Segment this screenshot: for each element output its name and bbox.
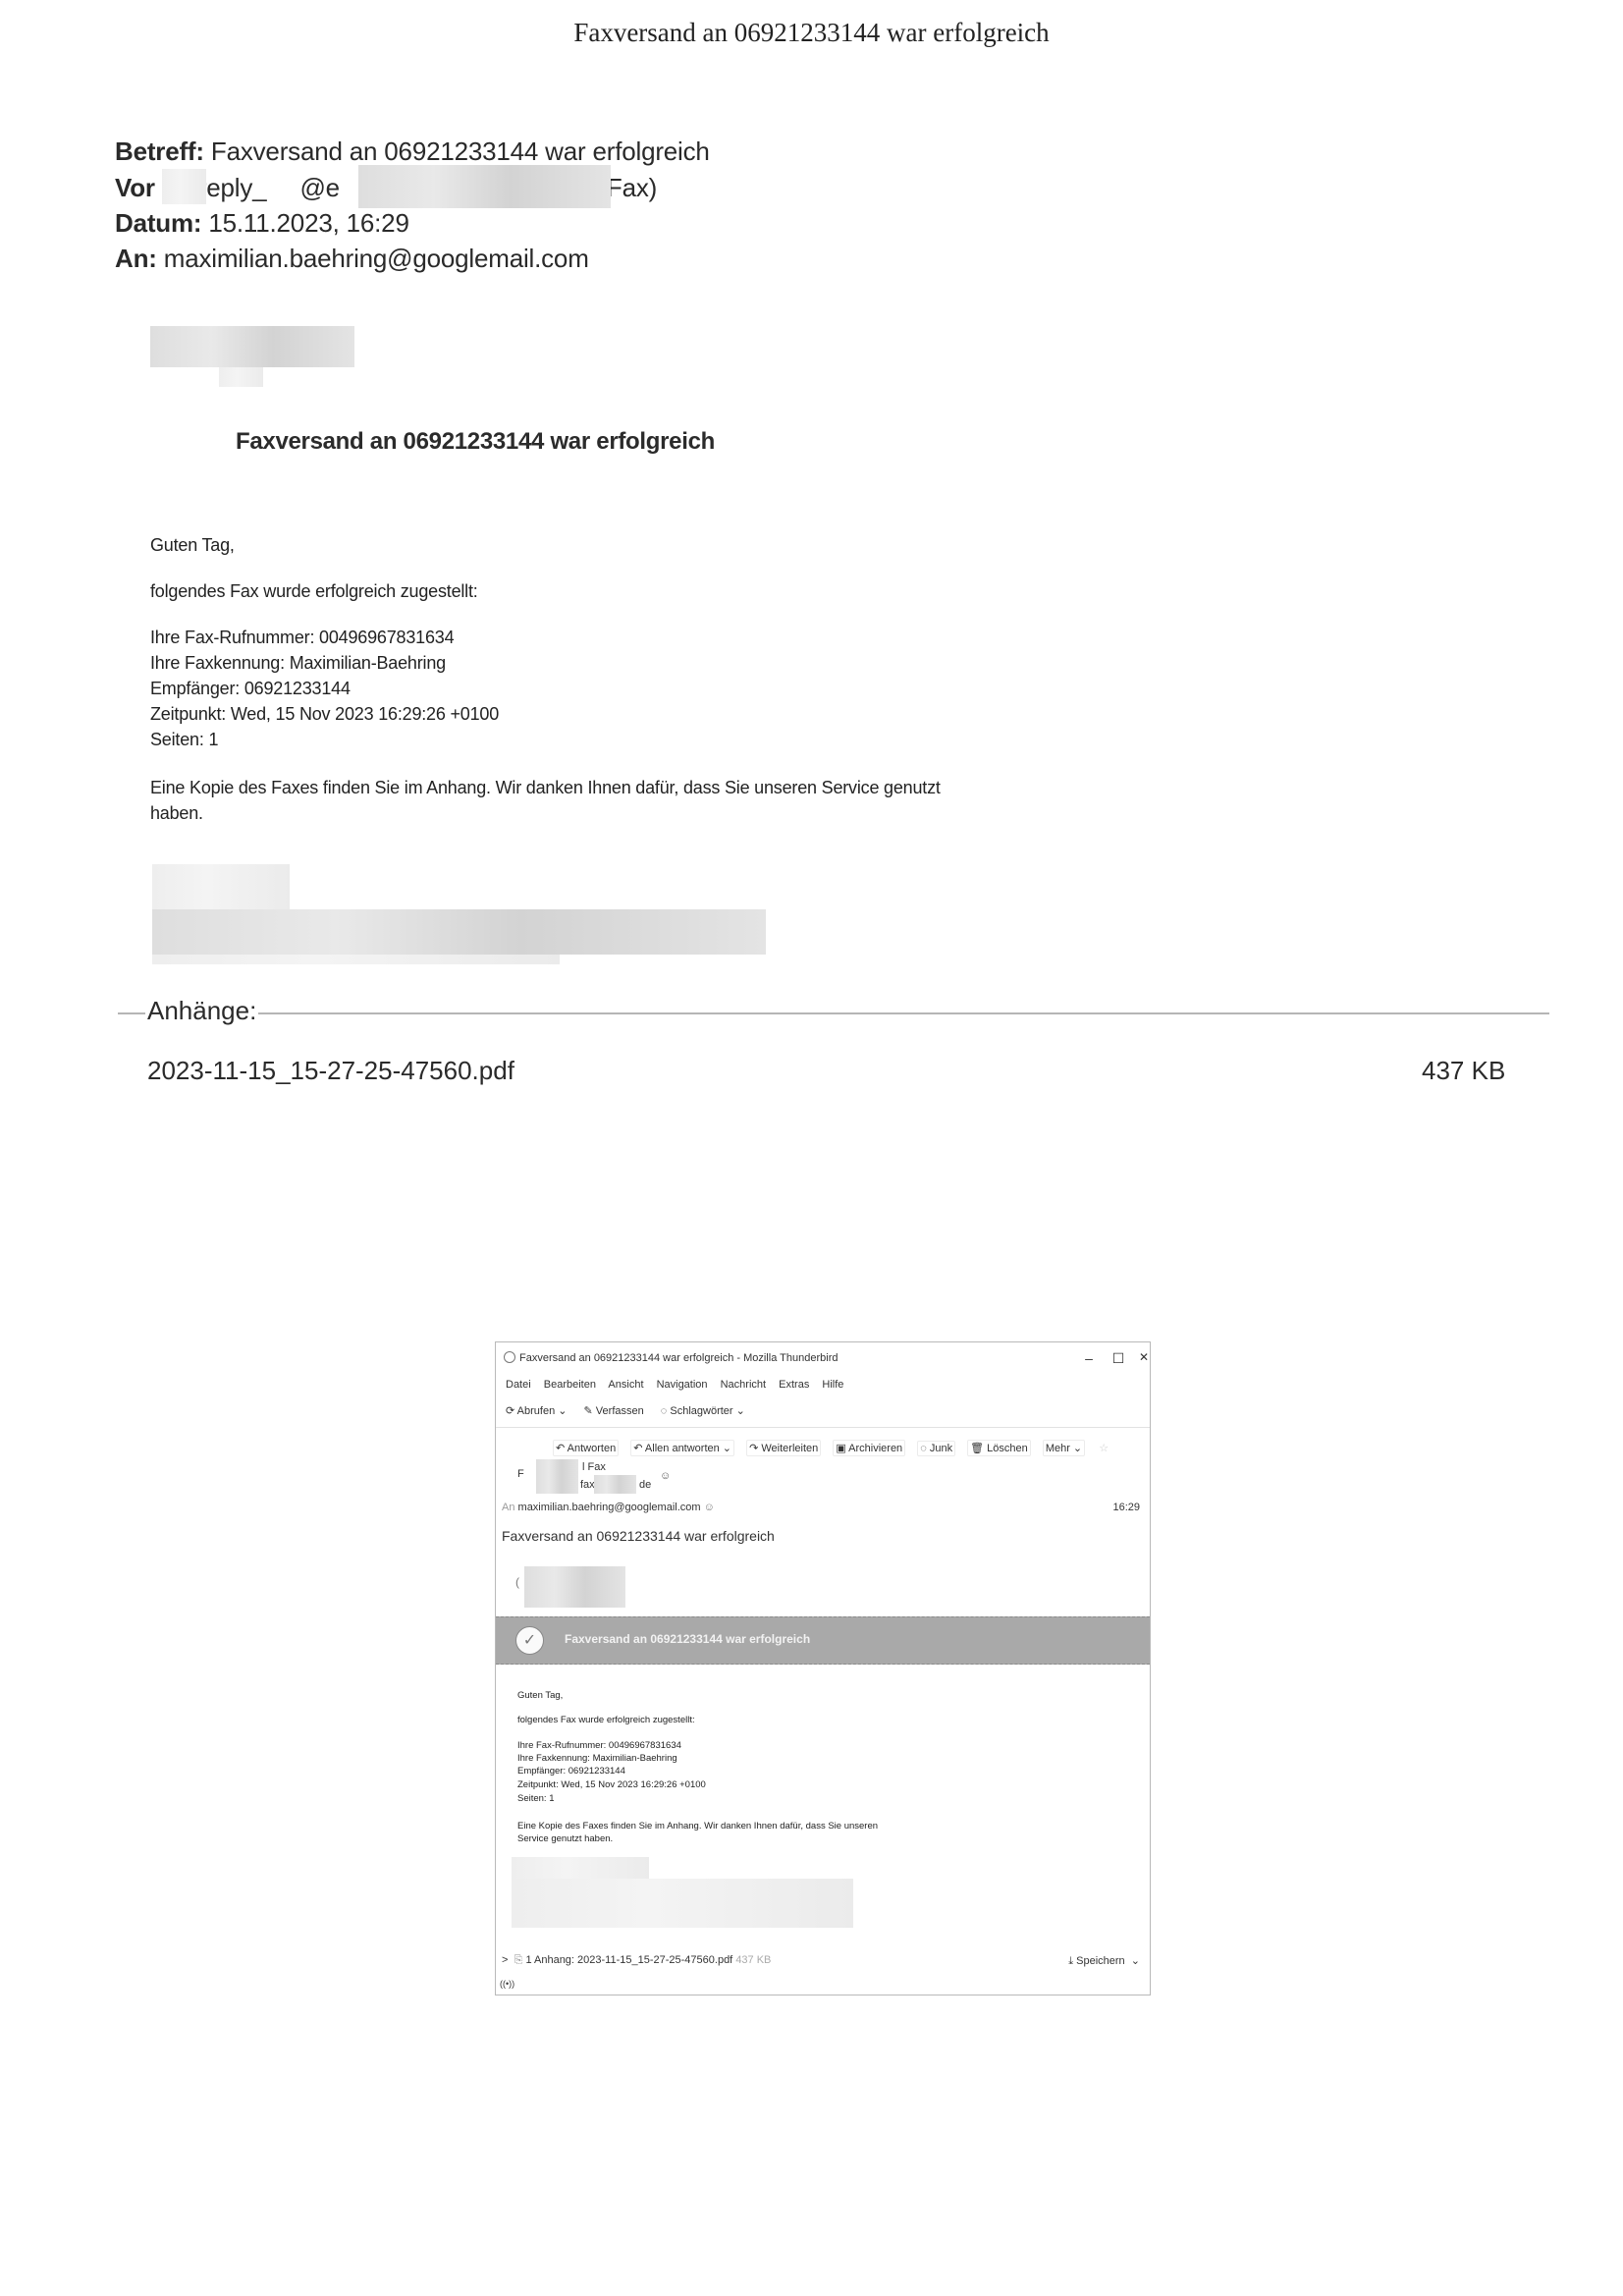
attachments-divider — [118, 1012, 1549, 1014]
menu-navigation[interactable]: Navigation — [657, 1379, 708, 1391]
attachment-bar[interactable]: > ⎘ 1 Anhang: 2023-11-15_15-27-25-47560.… — [502, 1954, 771, 1967]
redacted-signature — [512, 1879, 853, 1928]
check-icon: ✓ — [515, 1626, 544, 1655]
redacted-signature — [152, 955, 560, 964]
toolbar-divider — [496, 1427, 1150, 1428]
greeting: Guten Tag, — [150, 535, 235, 556]
date-row: Datum: 15.11.2023, 16:29 — [115, 208, 409, 239]
mail-heading: Faxversand an 06921233144 war erfolgreic… — [236, 428, 715, 456]
tb-closing: Eine Kopie des Faxes finden Sie im Anhan… — [517, 1821, 878, 1831]
redacted-logo — [150, 326, 354, 367]
menu-extras[interactable]: Extras — [779, 1379, 809, 1391]
more-button[interactable]: Mehr ⌄ — [1043, 1440, 1085, 1456]
menu-bar: Datei Bearbeiten Ansicht Navigation Nach… — [506, 1379, 853, 1391]
from-part-3: Fax) — [607, 173, 657, 202]
attachment-filename[interactable]: 2023-11-15_15-27-25-47560.pdf — [147, 1056, 514, 1086]
sender-avatar: F — [517, 1468, 524, 1480]
to-value: maximilian.baehring@googlemail.com — [164, 244, 589, 273]
banner-text: Faxversand an 06921233144 war erfolgreic… — [565, 1632, 810, 1646]
message-subject: Faxversand an 06921233144 war erfolgreic… — [502, 1528, 775, 1544]
from-part-2: @e — [299, 173, 339, 202]
maximize-icon[interactable]: ☐ — [1109, 1350, 1128, 1367]
menu-nachricht[interactable]: Nachricht — [721, 1379, 766, 1391]
paperclip-icon: ⎘ — [514, 1954, 523, 1966]
detail-fax-number: Ihre Fax-Rufnummer: 00496967831634 — [150, 628, 454, 648]
redacted-logo — [219, 367, 263, 387]
to-row: An: maximilian.baehring@googlemail.com — [115, 244, 589, 274]
forward-button[interactable]: ↷ Weiterleiten — [746, 1440, 821, 1456]
window-title-text: Faxversand an 06921233144 war erfolgreic… — [519, 1352, 838, 1364]
detail-pages: Seiten: 1 — [150, 730, 218, 750]
closing-text-2: haben. — [150, 803, 203, 824]
detail-recipient: Empfänger: 06921233144 — [150, 679, 351, 699]
redaction-block — [358, 165, 611, 208]
redacted-signature — [512, 1857, 649, 1879]
tb-detail: Seiten: 1 — [517, 1793, 555, 1804]
redacted-signature — [152, 864, 290, 909]
from-label: Vor — [115, 173, 155, 202]
subject-row: Betreff: Faxversand an 06921233144 war e… — [115, 137, 710, 167]
main-toolbar: ⟳ Abrufen ⌄ ✎ Verfassen ◌ Schlagwörter ⌄ — [506, 1404, 759, 1417]
subject-value: Faxversand an 06921233144 war erfolgreic… — [211, 137, 710, 166]
get-mail-button[interactable]: ⟳ Abrufen ⌄ — [506, 1405, 567, 1417]
expand-icon[interactable]: > — [502, 1954, 508, 1966]
success-banner: ✓ Faxversand an 06921233144 war erfolgre… — [496, 1616, 1150, 1665]
message-actions: ↶ Antworten ↶ Allen antworten ⌄ ↷ Weiter… — [553, 1440, 1119, 1456]
tags-button[interactable]: ◌ Schlagwörter ⌄ — [661, 1405, 745, 1417]
redaction-block — [594, 1475, 636, 1494]
window-title: Faxversand an 06921233144 war erfolgreic… — [504, 1351, 838, 1364]
attachment-label[interactable]: 1 Anhang: 2023-11-15_15-27-25-47560.pdf — [525, 1954, 732, 1966]
logo-fragment: ( — [515, 1575, 519, 1589]
menu-bearbeiten[interactable]: Bearbeiten — [544, 1379, 596, 1391]
redacted-logo — [524, 1566, 625, 1608]
detail-timestamp: Zeitpunkt: Wed, 15 Nov 2023 16:29:26 +01… — [150, 704, 499, 725]
contact-icon[interactable]: ☺ — [660, 1470, 671, 1482]
close-icon[interactable]: ✕ — [1134, 1350, 1151, 1364]
tb-detail: Ihre Faxkennung: Maximilian-Baehring — [517, 1753, 677, 1764]
from-part-1: reply_ — [198, 173, 267, 202]
contact-icon: ☺ — [704, 1502, 715, 1513]
detail-fax-id: Ihre Faxkennung: Maximilian-Baehring — [150, 653, 446, 674]
junk-button[interactable]: ◌ Junk — [917, 1441, 955, 1456]
archive-button[interactable]: ▣ Archivieren — [833, 1440, 905, 1456]
attachment-size: 437 KB — [735, 1954, 771, 1966]
recipient-address[interactable]: maximilian.baehring@googlemail.com — [518, 1502, 701, 1513]
to-label: An: — [115, 244, 157, 273]
redacted-signature — [152, 909, 766, 955]
reply-all-button[interactable]: ↶ Allen antworten ⌄ — [630, 1440, 734, 1456]
subject-label: Betreff: — [115, 137, 204, 166]
menu-hilfe[interactable]: Hilfe — [822, 1379, 843, 1391]
intro-text: folgendes Fax wurde erfolgreich zugestel… — [150, 581, 478, 602]
date-label: Datum: — [115, 208, 201, 238]
star-icon[interactable]: ☆ — [1097, 1441, 1110, 1455]
thunderbird-icon — [504, 1351, 515, 1363]
tb-detail: Empfänger: 06921233144 — [517, 1766, 625, 1777]
write-button[interactable]: ✎ Verfassen — [584, 1405, 644, 1417]
redaction-block — [536, 1459, 578, 1494]
save-button[interactable]: ⤓ Speichern ⌄ — [1068, 1954, 1140, 1968]
delete-button[interactable]: 🗑 Löschen — [967, 1440, 1031, 1456]
tb-greeting: Guten Tag, — [517, 1690, 563, 1701]
print-title: Faxversand an 06921233144 war erfolgreic… — [0, 18, 1623, 48]
attachment-size: 437 KB — [1422, 1056, 1505, 1086]
date-value: 15.11.2023, 16:29 — [208, 208, 408, 238]
redaction-block — [162, 169, 206, 204]
status-bar-activity-icon: ((•)) — [500, 1979, 514, 1989]
reply-button[interactable]: ↶ Antworten — [553, 1440, 619, 1456]
chevron-down-icon[interactable]: ⌄ — [1131, 1955, 1140, 1967]
save-label[interactable]: ⤓ Speichern — [1068, 1955, 1124, 1967]
to-label: An — [502, 1502, 514, 1513]
minimize-icon[interactable]: – — [1079, 1350, 1099, 1366]
recipient-line: An maximilian.baehring@googlemail.com ☺ — [502, 1502, 715, 1513]
sender-name[interactable]: l Fax — [582, 1461, 606, 1473]
attachments-legend: Anhänge: — [145, 996, 258, 1026]
menu-ansicht[interactable]: Ansicht — [608, 1379, 643, 1391]
message-time: 16:29 — [1112, 1502, 1140, 1513]
tb-detail: Zeitpunkt: Wed, 15 Nov 2023 16:29:26 +01… — [517, 1779, 706, 1790]
sender-mail-prefix: fax — [580, 1479, 595, 1491]
sender-mail-suffix: de — [639, 1479, 651, 1491]
tb-closing-2: Service genutzt haben. — [517, 1833, 613, 1844]
tb-detail: Ihre Fax-Rufnummer: 00496967831634 — [517, 1740, 681, 1751]
thunderbird-screenshot: Faxversand an 06921233144 war erfolgreic… — [495, 1341, 1151, 1995]
menu-datei[interactable]: Datei — [506, 1379, 531, 1391]
tb-intro: folgendes Fax wurde erfolgreich zugestel… — [517, 1715, 695, 1725]
closing-text: Eine Kopie des Faxes finden Sie im Anhan… — [150, 778, 941, 798]
